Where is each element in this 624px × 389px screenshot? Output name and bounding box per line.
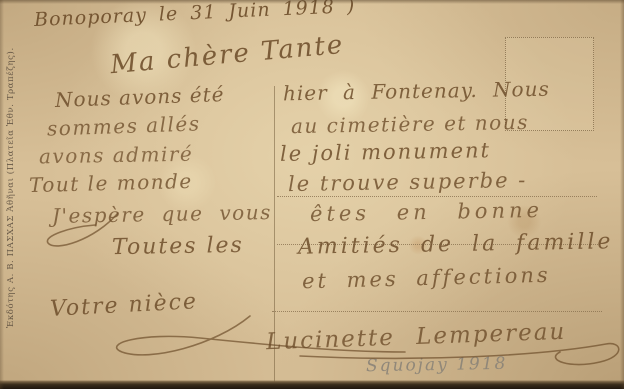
- message-line: le trouve superbe -: [288, 168, 528, 196]
- message-line: avons admiré: [39, 142, 194, 169]
- publisher-imprint: Ἐκδότης Α. Β. ΠΑΣΧΑΣ Ἀθῆναι (Πλατεῖα Ἐθν…: [6, 56, 18, 328]
- message-line: J'espère que vous: [52, 200, 272, 228]
- message-line: le joli monument: [280, 138, 491, 166]
- salutation: Ma chère Tante: [109, 30, 345, 80]
- address-line: [272, 311, 602, 312]
- message-line: et mes affections: [302, 263, 551, 294]
- card-bottom-edge: [0, 380, 624, 389]
- message-line: sommes allés: [47, 111, 201, 140]
- postcard-back: Ἐκδότης Α. Β. ΠΑΣΧΑΣ Ἀθῆναι (Πλατεῖα Ἐθν…: [0, 0, 624, 389]
- message-line: hier à Fontenay. Nous: [283, 77, 550, 106]
- message-line: Nous avons été: [55, 82, 225, 112]
- pencil-note: Squojay 1918: [366, 354, 508, 376]
- message-line: êtes en bonne: [310, 198, 543, 226]
- message-line: Toutes les: [112, 233, 244, 260]
- message-line: Tout le monde: [29, 169, 193, 197]
- card-left-edge: [0, 0, 4, 389]
- signature: Lucinette Lempereau: [266, 319, 567, 355]
- closing-line: Votre nièce: [49, 289, 198, 322]
- message-line: au cimetière et nous: [291, 110, 529, 138]
- message-line: Amitiés de la famille: [298, 229, 614, 260]
- address-line: [277, 196, 597, 197]
- card-right-edge: [620, 0, 624, 389]
- dateline: Bonoporay le 31 Juin 1918 ): [34, 0, 356, 31]
